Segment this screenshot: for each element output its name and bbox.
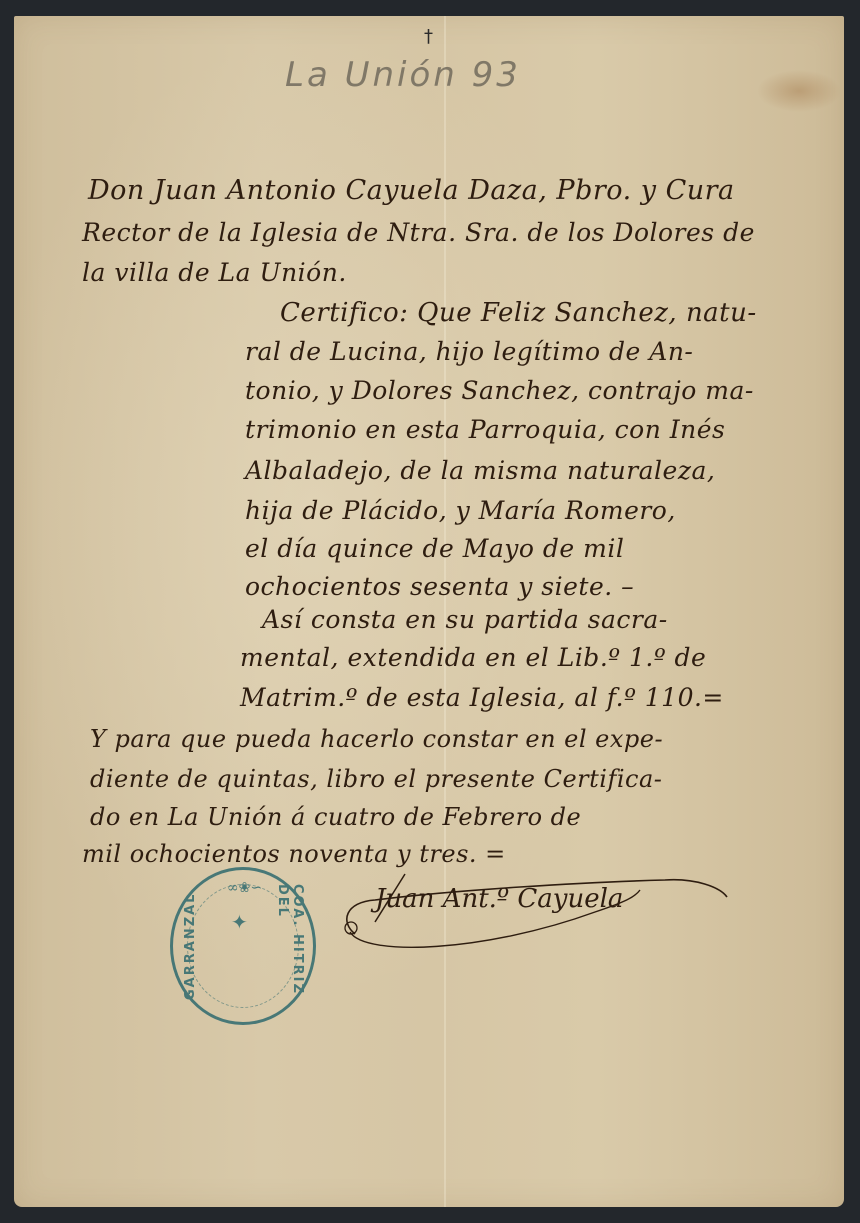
stamp-emblem-icon: ✦: [231, 910, 248, 934]
stamp-ornament-icon: ∞❀∽: [227, 880, 262, 896]
stamp-right-text: COA. HITRIZ DEL: [275, 884, 305, 1014]
body-line-3: tonio, y Dolores Sanchez, contrajo ma-: [245, 376, 754, 405]
stamp-left-text: GARRANZAL: [183, 890, 198, 1000]
body-line-13: diente de quintas, libro el presente Cer…: [90, 765, 662, 793]
body-line-12: Y para que pueda hacerlo constar en el e…: [90, 725, 663, 753]
header-line-3: la villa de La Unión.: [82, 258, 347, 287]
body-line-6: hija de Plácido, y María Romero,: [245, 496, 676, 525]
body-line-4: trimonio en esta Parroquia, con Inés: [245, 415, 725, 444]
parish-stamp: ∞❀∽ GARRANZAL COA. HITRIZ DEL ✦: [170, 867, 316, 1025]
body-line-7: el día quince de Mayo de mil: [245, 534, 624, 563]
header-line-1: Don Juan Antonio Cayuela Daza, Pbro. y C…: [88, 175, 735, 206]
body-line-5: Albaladejo, de la misma naturaleza,: [245, 456, 715, 485]
body-line-2: ral de Lucina, hijo legítimo de An-: [245, 337, 693, 366]
signature-block: Juan Ant.º Cayuela: [335, 862, 735, 962]
body-line-10: mental, extendida en el Lib.º 1.º de: [240, 643, 706, 672]
body-line-11: Matrim.º de esta Iglesia, al f.º 110.=: [240, 683, 724, 712]
body-line-8: ochocientos sesenta y siete. –: [245, 572, 634, 601]
body-line-14: do en La Unión á cuatro de Febrero de: [90, 803, 581, 831]
pencil-annotation: La Unión 93: [285, 55, 521, 95]
cross-mark: †: [424, 26, 433, 47]
body-line-9: Así consta en su partida sacra-: [262, 605, 668, 634]
header-line-2: Rector de la Iglesia de Ntra. Sra. de lo…: [82, 218, 755, 247]
signature-text: Juan Ant.º Cayuela: [375, 884, 623, 914]
body-line-1: Certifico: Que Feliz Sanchez, natu-: [280, 298, 757, 328]
